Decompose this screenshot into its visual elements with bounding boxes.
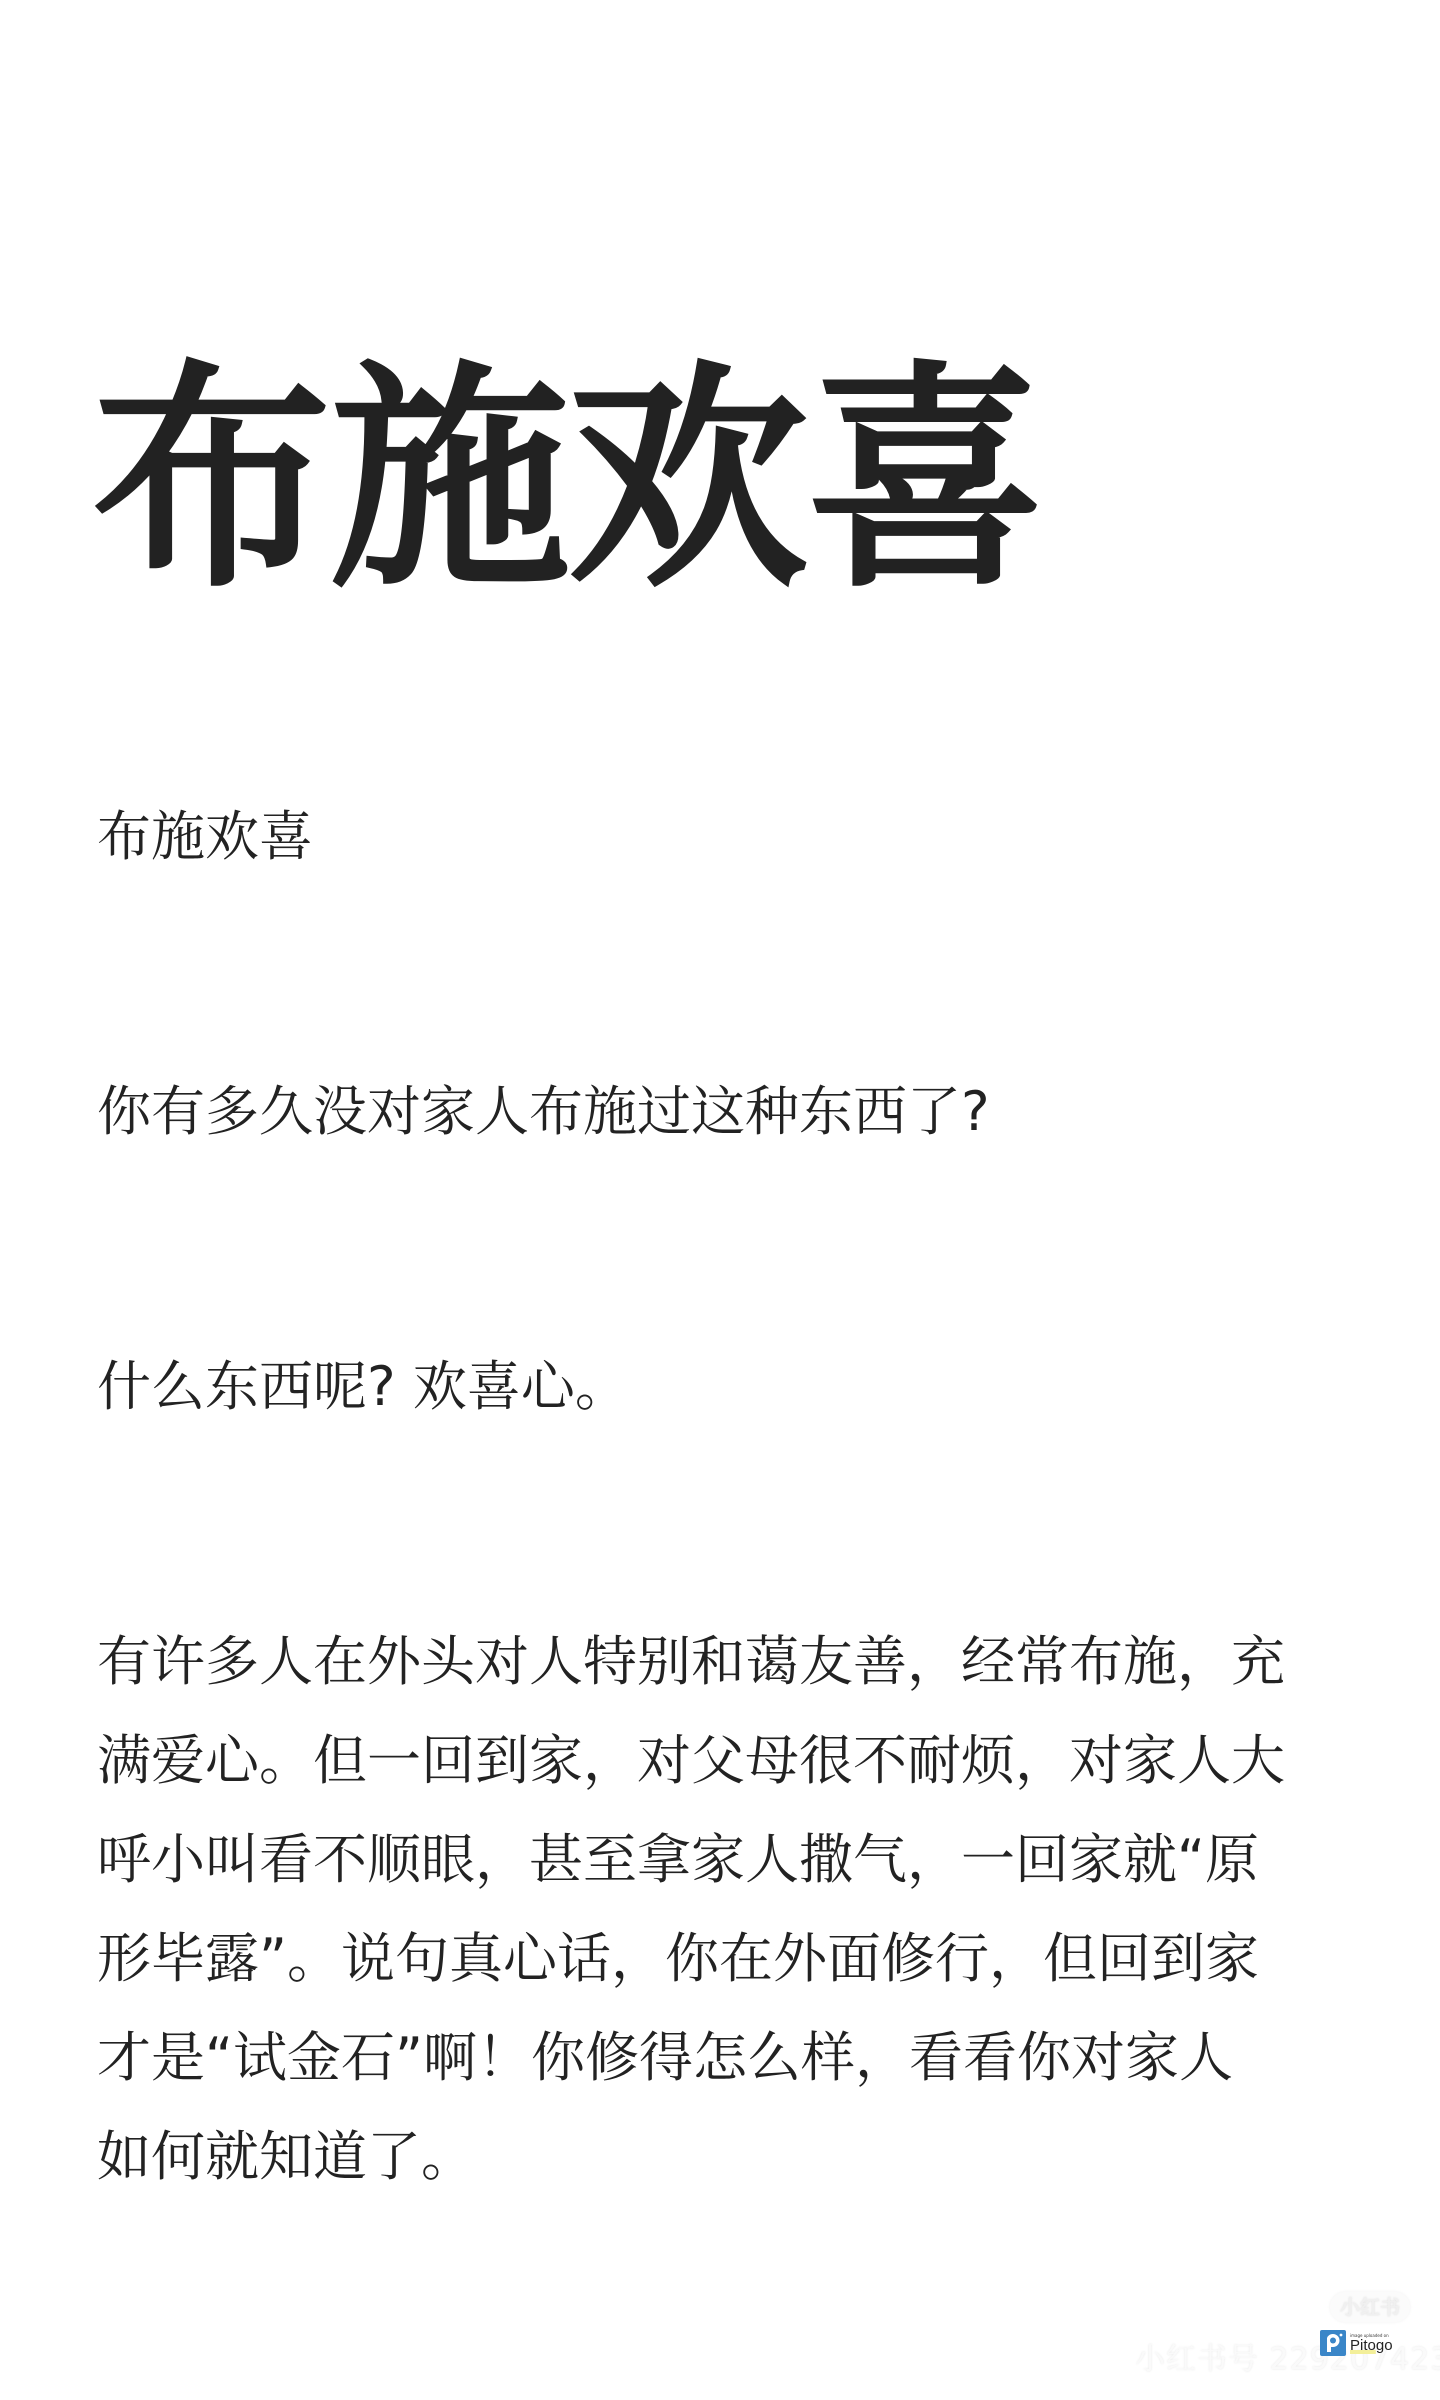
paragraph-line-text: 呼小叫看不顺眼，甚至拿家人撒气，一回家就“原 <box>97 1825 1357 1895</box>
paragraph-line: 才是“试金石”啊！你修得怎么样，看看你对家人 <box>97 2023 1357 2122</box>
xiaohongshu-id-watermark: 小红书号 2292074237 <box>1135 2342 1440 2378</box>
paragraph-line-text: 才是“试金石”啊！你修得怎么样，看看你对家人 <box>97 2023 1357 2093</box>
paragraph-line-text: 满爱心。但一回到家，对父母很不耐烦，对家人大 <box>97 1726 1357 1796</box>
xiaohongshu-watermark-logo: 小红书 <box>1330 2292 1410 2322</box>
paragraph-line: 呼小叫看不顺眼，甚至拿家人撒气，一回家就“原 <box>97 1825 1357 1924</box>
paragraph-line-text: 形毕露”。说句真心话，你在外面修行，但回到家 <box>97 1924 1357 1994</box>
page-title: 布施欢喜 <box>92 340 1044 620</box>
paragraph-line-text: 如何就知道了。 <box>97 2122 1357 2192</box>
paragraph-line: 如何就知道了。 <box>97 2122 1357 2221</box>
paragraph-line-text: 有许多人在外头对人特别和蔼友善，经常布施，充 <box>97 1627 1357 1697</box>
pitogo-text: image uploaded on Pitogo <box>1350 2333 1393 2354</box>
pitogo-brand: Pitogo <box>1350 2338 1393 2354</box>
paragraph-line: 满爱心。但一回到家，对父母很不耐烦，对家人大 <box>97 1726 1357 1825</box>
paragraph-line: 形毕露”。说句真心话，你在外面修行，但回到家 <box>97 1924 1357 2023</box>
pitogo-logo-icon <box>1320 2330 1346 2356</box>
document-page: 布施欢喜 布施欢喜 你有多久没对家人布施过这种东西了? 什么东西呢? 欢喜心。 … <box>0 0 1440 2400</box>
subtitle: 布施欢喜 <box>97 802 313 872</box>
pitogo-badge: image uploaded on Pitogo <box>1320 2329 1393 2357</box>
paragraph-line: 有许多人在外头对人特别和蔼友善，经常布施，充 <box>97 1627 1357 1726</box>
body-paragraph: 有许多人在外头对人特别和蔼友善，经常布施，充 满爱心。但一回到家，对父母很不耐烦… <box>97 1627 1357 2221</box>
answer-paragraph: 什么东西呢? 欢喜心。 <box>97 1352 629 1422</box>
question-paragraph: 你有多久没对家人布施过这种东西了? <box>97 1077 990 1147</box>
